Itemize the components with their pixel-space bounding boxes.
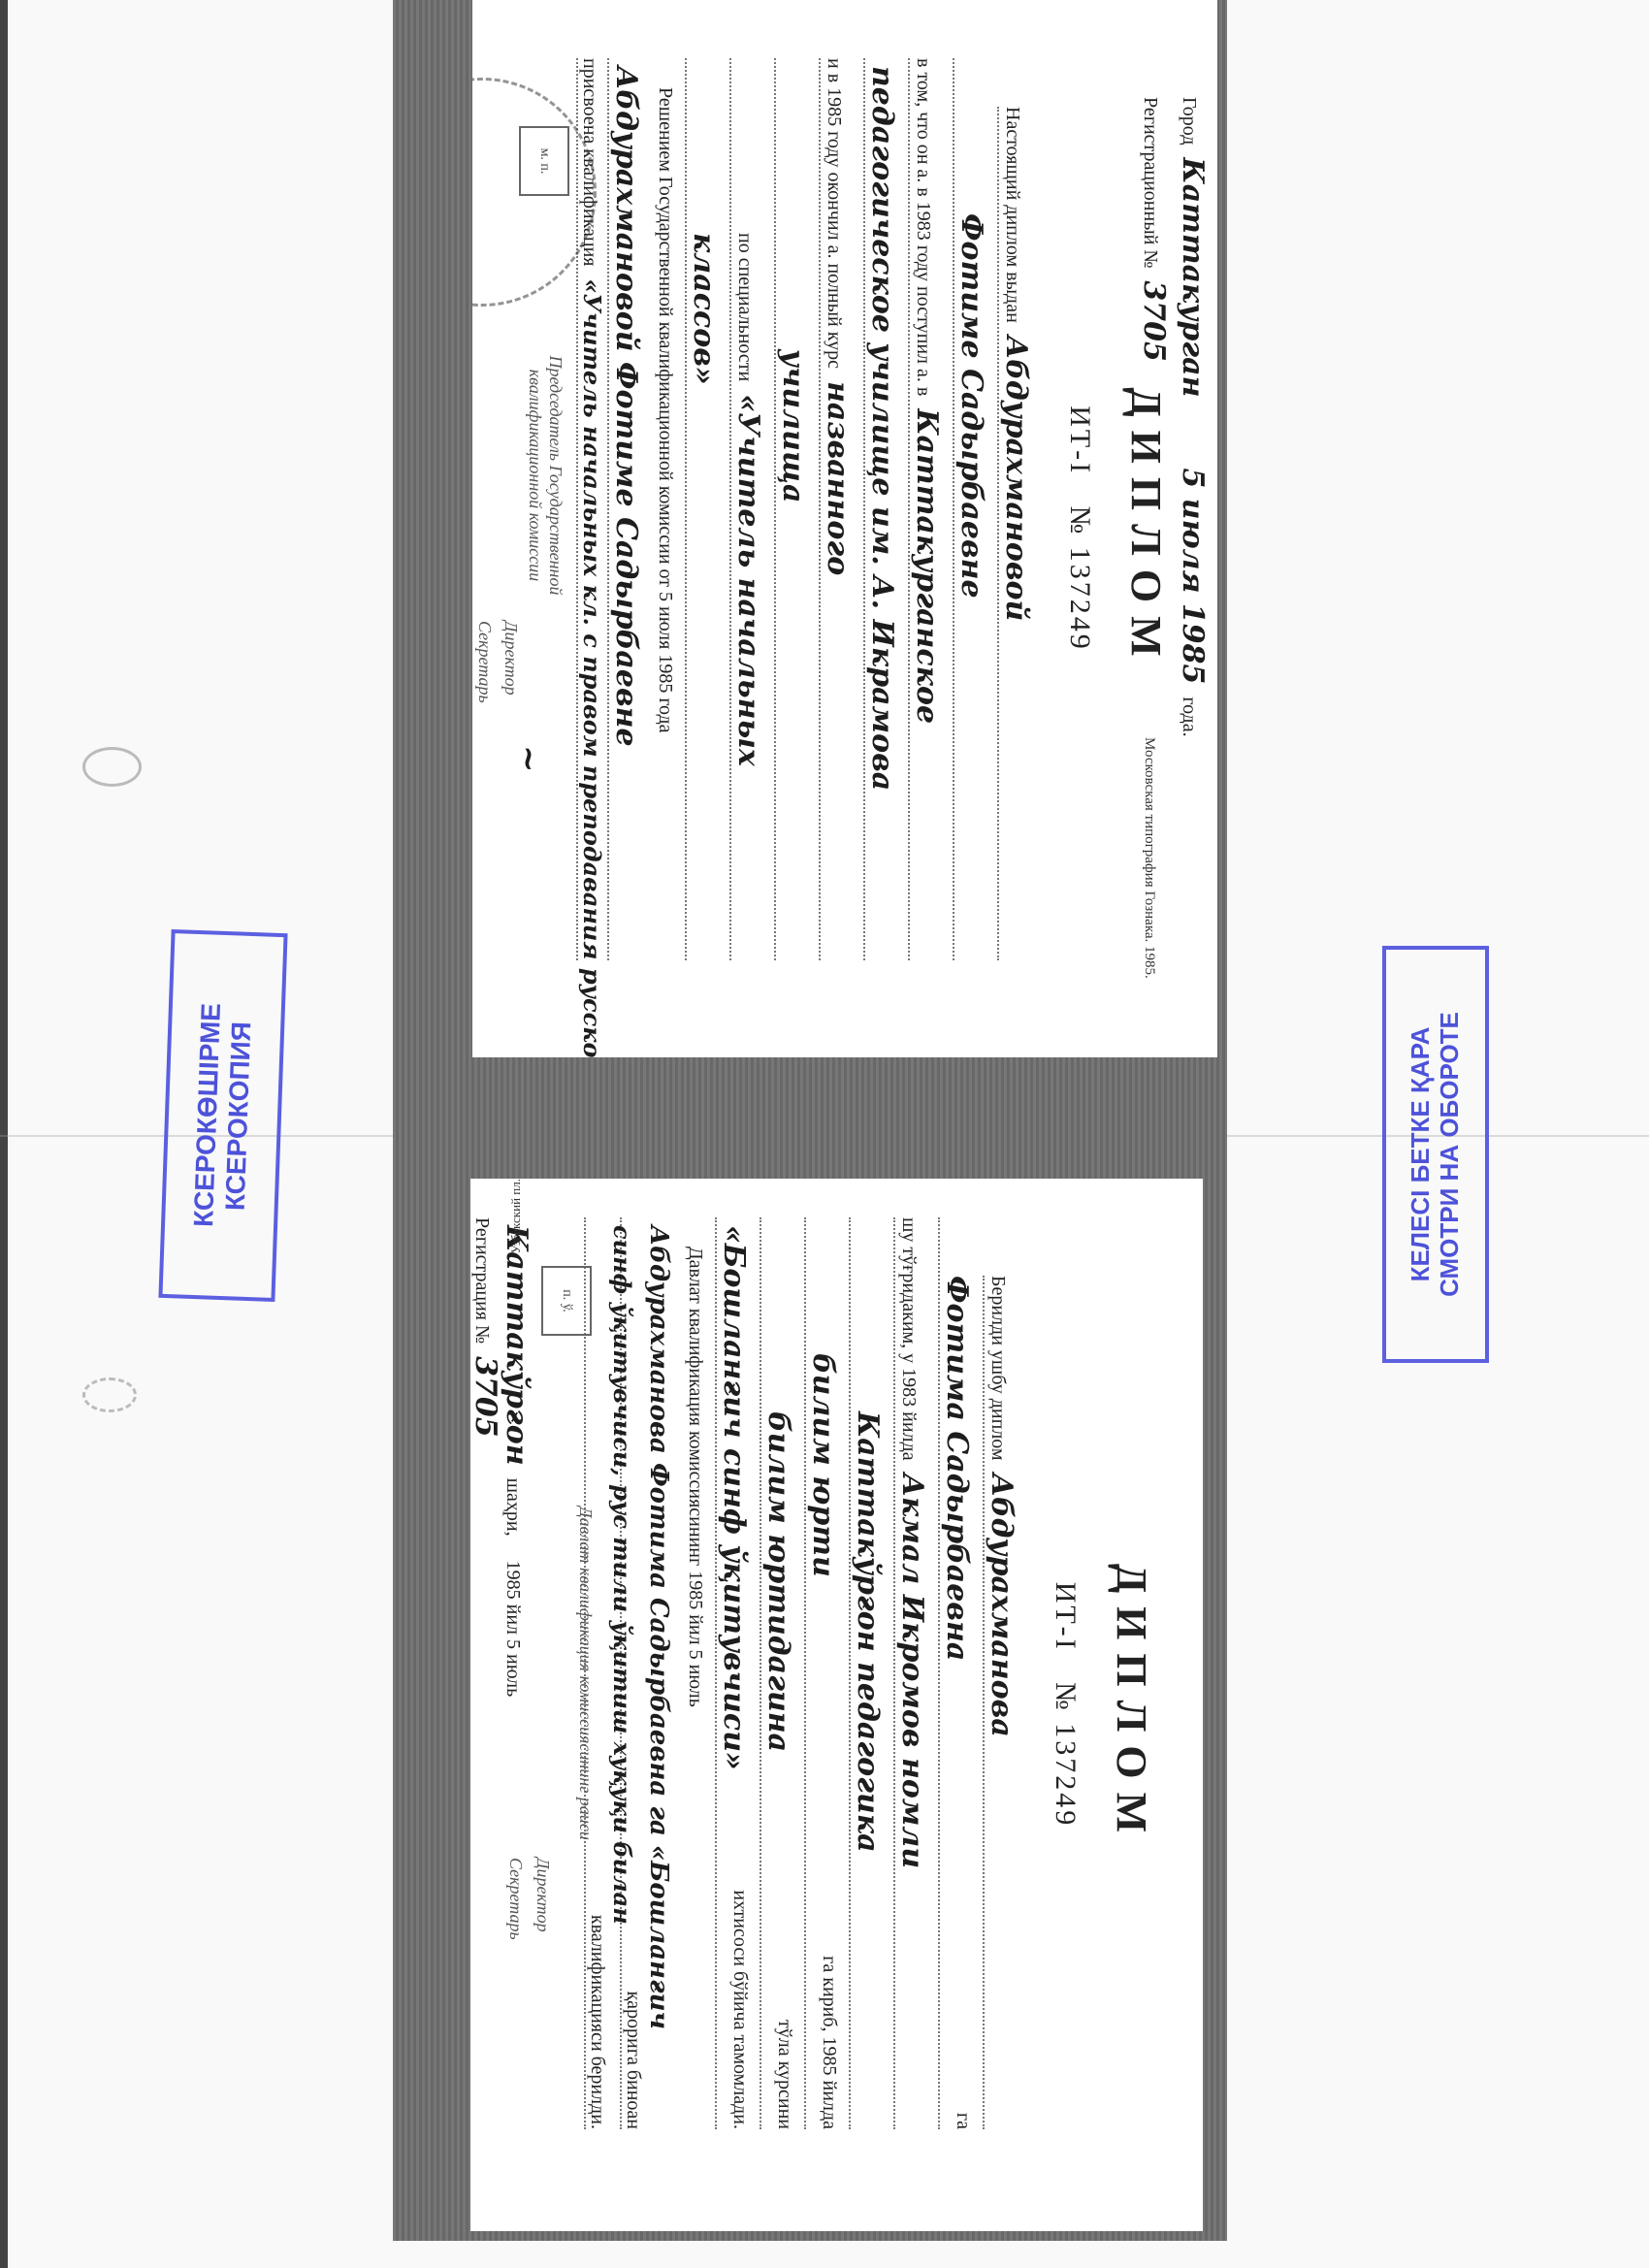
handwritten-text: Фотима Садырбаевна xyxy=(940,1276,974,1661)
diploma-title: ДИПЛОМ xyxy=(1107,1179,1156,2231)
serial-prefix: ИТ-I xyxy=(1050,1582,1082,1652)
serial-no-label: № xyxy=(1064,506,1096,537)
text-line: Давлат квалификация комиссиясининг 1985 … xyxy=(684,1247,706,2129)
stamp-line-1: КЕЛЕСІ БЕТКЕ ҚАРА xyxy=(1406,950,1436,1359)
city-line: Каттакўрғон шаҳри, 1985 йил 5 июль xyxy=(500,1217,533,1697)
handwritten-text: синф ўқитувчиси, рус тили ўқитиш хуқуқи … xyxy=(608,1225,636,1925)
handwritten-text: билим юртидагина xyxy=(761,1411,795,1752)
text-line: в том, что он а. в 1983 году поступил а.… xyxy=(908,58,944,960)
registration-number: 3705 xyxy=(470,1356,502,1438)
text-line: педагогическое училище им. А. Икрамова xyxy=(863,58,899,960)
chair-label: Председатель Государственной квалификаци… xyxy=(525,291,566,660)
circle-mark xyxy=(82,1377,137,1412)
handwritten-text: педагогическое училище им. А. Икрамова xyxy=(865,66,899,791)
date-suffix: года. xyxy=(1179,697,1200,736)
diploma-serial: ИТ-I № 137249 xyxy=(1063,0,1096,1057)
diploma-page-russian: ДИПЛОМ ИТ-I № 137249 Настоящий диплом вы… xyxy=(472,0,1217,1057)
text-line: билим юрти га кириб, 1985 йилда xyxy=(804,1217,840,2129)
handwritten-text: Каттакўрғон педагогика xyxy=(851,1411,885,1853)
text-line: Настоящий диплом выдан Абдурахмановой xyxy=(997,107,1033,960)
printed-text: ихтисоси бўйича тамомлади. xyxy=(728,1890,751,2129)
text-line: «Бошланғич синф ўқитувчиси» ихтисоси бўй… xyxy=(715,1217,751,2129)
handwritten-text: Акмал Икромов номли xyxy=(895,1474,929,1869)
handwritten-text: Абдурахмановой xyxy=(999,336,1033,622)
scan-edge xyxy=(0,0,8,2268)
handwritten-text: Фотиме Садырбаевне xyxy=(954,213,988,599)
printed-text: Решением Государственной квалификационно… xyxy=(655,87,676,733)
printed-text: в том, что он а. в 1983 году поступил а.… xyxy=(913,58,934,396)
printer-imprint: Московская типография Гознака. 1985. xyxy=(1141,737,1157,979)
text-line: билим юртидагина тўла курсини xyxy=(760,1217,795,2129)
printed-text: га xyxy=(952,2113,974,2129)
registration-line: Регистрационный № 3705 xyxy=(1137,97,1171,370)
text-line: Абдурахмановой Фотиме Садырбаевне xyxy=(607,58,643,960)
handwritten-text: Абдурахманова xyxy=(985,1474,1018,1737)
printed-text: квалификацияси берилди. xyxy=(586,1915,608,2129)
city-line: Город Каттакурган 5 июля 1985 года. xyxy=(1176,97,1210,737)
date-value: 5 июля 1985 xyxy=(1176,468,1210,684)
text-line: Решением Государственной квалификационно… xyxy=(654,87,676,960)
city-value: Каттакурган xyxy=(1176,157,1210,397)
city-label: Город xyxy=(1179,97,1200,145)
text-line: Фотима Садырбаевна га xyxy=(938,1217,974,2129)
text-line: Фотиме Садырбаевне xyxy=(953,58,988,960)
printed-text: Настоящий диплом выдан xyxy=(1002,107,1023,323)
printer-imprint: Узбекский пл. xyxy=(508,1179,524,1253)
text-line: Каттакўрғон педагогика xyxy=(849,1217,885,2129)
handwritten-text: «Учитель начальных кл. с правом преподав… xyxy=(578,278,606,1057)
registration-label: Регистрационный № xyxy=(1140,97,1161,268)
ru-footer-area: Город Каттакурган 5 июля 1985 года. Реги… xyxy=(1111,0,1217,1057)
printed-text: по специальности xyxy=(734,233,756,381)
date-value: 1985 йил 5 июль xyxy=(502,1561,524,1698)
director-label: Директор xyxy=(501,621,521,696)
chair-label: Давлат квалификация комиссиясининг раиси xyxy=(575,1489,596,1858)
serial-no-label: № xyxy=(1050,1682,1082,1713)
handwritten-text: «Учитель начальных xyxy=(731,394,765,766)
text-line: Берилди ушбу диплом Абдурахманова xyxy=(983,1276,1018,2129)
serial-number: 137249 xyxy=(1064,547,1096,652)
handwritten-text: Абдурахмановой Фотиме Садырбаевне xyxy=(609,66,643,747)
xerox-copy-stamp: КСЕРОКӨШІРМЕ КСЕРОКОПИЯ xyxy=(158,929,287,1302)
handwritten-text: Абдурахманова Фотима Садырбаевна га «Бош… xyxy=(644,1225,673,2029)
registration-number: 3705 xyxy=(1137,280,1171,362)
printed-text: тўла курсини xyxy=(773,2020,795,2129)
text-line: и в 1985 году окончил а. полный курс наз… xyxy=(819,58,855,960)
secretary-label: Секретарь xyxy=(505,1858,526,1940)
text-line: шу тўғридаким, у 1983 йилда Акмал Икромо… xyxy=(893,1217,929,2129)
signature: ~ xyxy=(509,745,548,773)
serial-number: 137249 xyxy=(1050,1723,1082,1828)
handwritten-text: училища xyxy=(776,349,810,502)
director-label: Директор xyxy=(533,1858,553,1932)
printed-text: шу тўғридаким, у 1983 йилда xyxy=(898,1217,920,1461)
text-line: классов» xyxy=(685,58,721,960)
stamp-line-2: СМОТРИ НА ОБОРОТЕ xyxy=(1436,950,1465,1359)
registration-line: Регистрация № 3705 xyxy=(470,1217,502,1445)
diploma-page-uzbek: ДИПЛОМ ИТ-I № 137249 Берилди ушбу диплом… xyxy=(470,1179,1203,2231)
text-line: училища xyxy=(774,58,810,960)
handwritten-text: «Бошланғич синф ўқитувчиси» xyxy=(717,1225,751,1770)
secretary-label: Секретарь xyxy=(474,621,495,703)
printed-text: Давлат квалификация комиссиясининг 1985 … xyxy=(685,1247,706,1707)
handwritten-text: названного xyxy=(821,381,855,575)
printed-text: и в 1985 году окончил а. полный курс xyxy=(824,58,845,369)
serial-prefix: ИТ-I xyxy=(1064,405,1096,475)
city-label: шаҳри, xyxy=(502,1478,524,1537)
text-line: по специальности «Учитель начальных xyxy=(729,58,765,960)
circle-mark xyxy=(82,747,142,787)
scanned-sheet: КСЕРОКӨШІРМЕ КСЕРОКОПИЯ КЕЛЕСІ БЕТКЕ ҚАР… xyxy=(0,0,1649,2268)
city-value: Каттакўрғон xyxy=(500,1225,533,1466)
handwritten-text: Каттакурганское xyxy=(910,408,944,724)
seal-place-box: п. ў. xyxy=(541,1266,592,1336)
handwritten-text: билим юрти xyxy=(806,1353,840,1577)
registration-label: Регистрация № xyxy=(471,1217,493,1344)
printed-text: га кириб, 1985 йилда xyxy=(818,1956,840,2129)
see-reverse-stamp: КЕЛЕСІ БЕТКЕ ҚАРА СМОТРИ НА ОБОРОТЕ xyxy=(1382,946,1489,1363)
handwritten-text: классов» xyxy=(687,233,721,385)
diploma-serial: ИТ-I № 137249 xyxy=(1049,1179,1082,2231)
printed-text: Берилди ушбу диплом xyxy=(987,1276,1009,1461)
